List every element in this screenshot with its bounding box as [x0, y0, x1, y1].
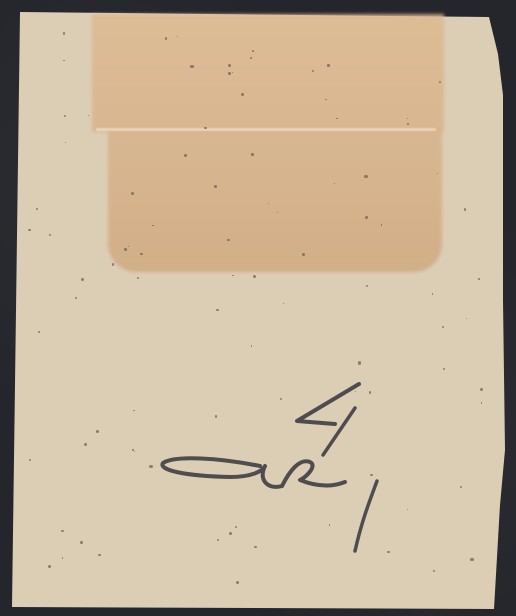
- pencil-signature: [0, 0, 516, 616]
